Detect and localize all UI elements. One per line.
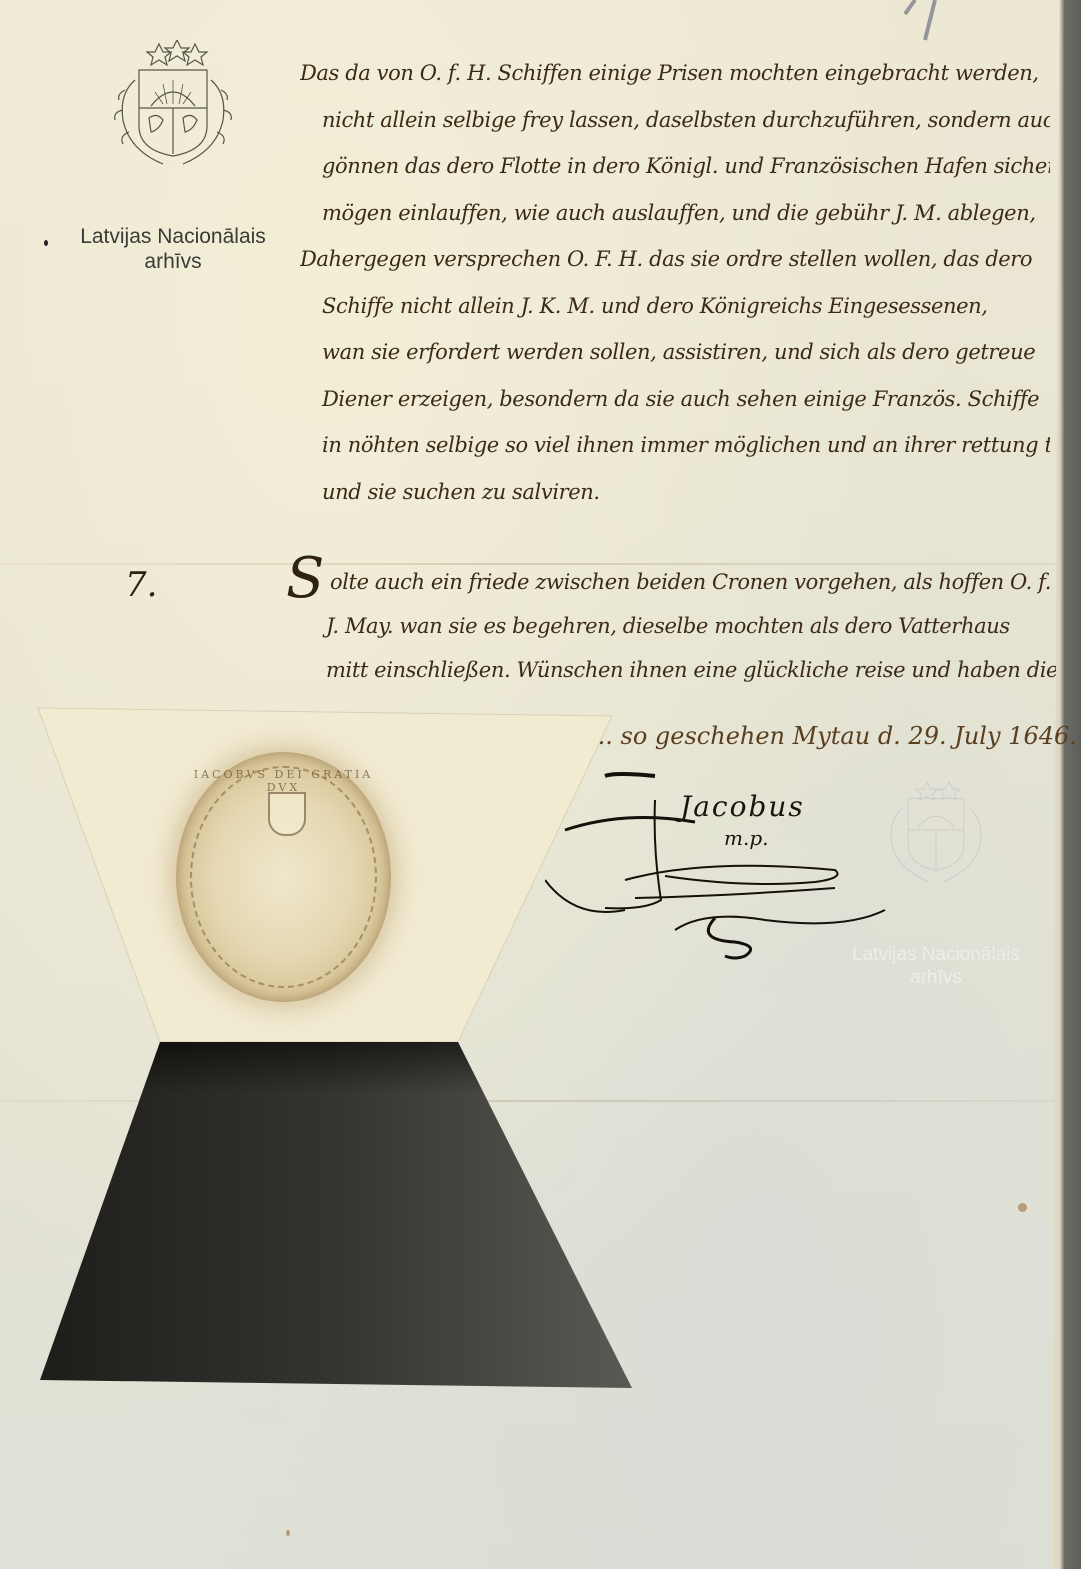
document-page: Latvijas Nacionālais arhīvs Das da von O…	[0, 0, 1081, 1569]
pencil-mark-icon	[895, 0, 955, 45]
handwritten-paragraph-2: S olte auch ein friede zwischen beiden C…	[296, 560, 1056, 692]
scanner-edge	[1051, 0, 1081, 1569]
text-line: nicht allein selbige frey lassen, daselb…	[300, 97, 1050, 144]
text-line: in nöhten selbige so viel ihnen immer mö…	[300, 422, 1050, 469]
archive-name-line1: Latvijas Nacionālais	[58, 224, 288, 249]
date-line: ... so geschehen Mytau d. 29. July 1646.	[590, 722, 1077, 750]
text-line: Diener erzeigen, besondern da sie auch s…	[300, 376, 1050, 423]
paper-stain	[286, 1530, 290, 1536]
paper-stain	[1018, 1203, 1027, 1212]
archive-logo: Latvijas Nacionālais arhīvs	[58, 40, 288, 274]
archive-name-line2: arhīvs	[58, 249, 288, 274]
text-line: wan sie erfordert werden sollen, assisti…	[300, 329, 1050, 376]
wax-seal-icon: IACOBVS DEI GRATIA DVX	[176, 752, 391, 1002]
text-line: mögen einlauffen, wie auch auslauffen, u…	[300, 190, 1050, 237]
archive-name: Latvijas Nacionālais arhīvs	[58, 224, 288, 274]
text-line: mitt einschließen. Wünschen ihnen eine g…	[296, 648, 1056, 692]
text-line: J. May. wan sie es begehren, dieselbe mo…	[296, 604, 1056, 648]
text-line: Das da von O. f. H. Schiffen einige Pris…	[300, 50, 1050, 97]
seal-shield-icon	[268, 792, 306, 836]
signature-mp: m.p.	[724, 826, 768, 850]
dark-cutout	[40, 1042, 632, 1388]
archive-watermark-line2: arhīvs	[826, 966, 1046, 989]
text-line: Dahergegen versprechen O. F. H. das sie …	[300, 236, 1050, 283]
text-line: Schiffe nicht allein J. K. M. und dero K…	[300, 283, 1050, 330]
text-line: gönnen das dero Flotte in dero Königl. u…	[300, 143, 1050, 190]
paper-stain	[44, 240, 48, 246]
fold-line	[0, 1100, 1060, 1102]
initial-letter: S	[286, 546, 324, 611]
handwritten-paragraph-1: Das da von O. f. H. Schiffen einige Pris…	[300, 50, 1050, 515]
margin-section-number: 7.	[125, 565, 157, 605]
latvian-coat-of-arms-icon	[103, 40, 243, 180]
text-line: olte auch ein friede zwischen beiden Cro…	[296, 560, 1056, 604]
seal-legend: IACOBVS DEI GRATIA DVX	[176, 768, 391, 794]
text-line: und sie suchen zu salviren.	[300, 469, 1050, 516]
signature-name: Jacobus	[680, 790, 805, 823]
